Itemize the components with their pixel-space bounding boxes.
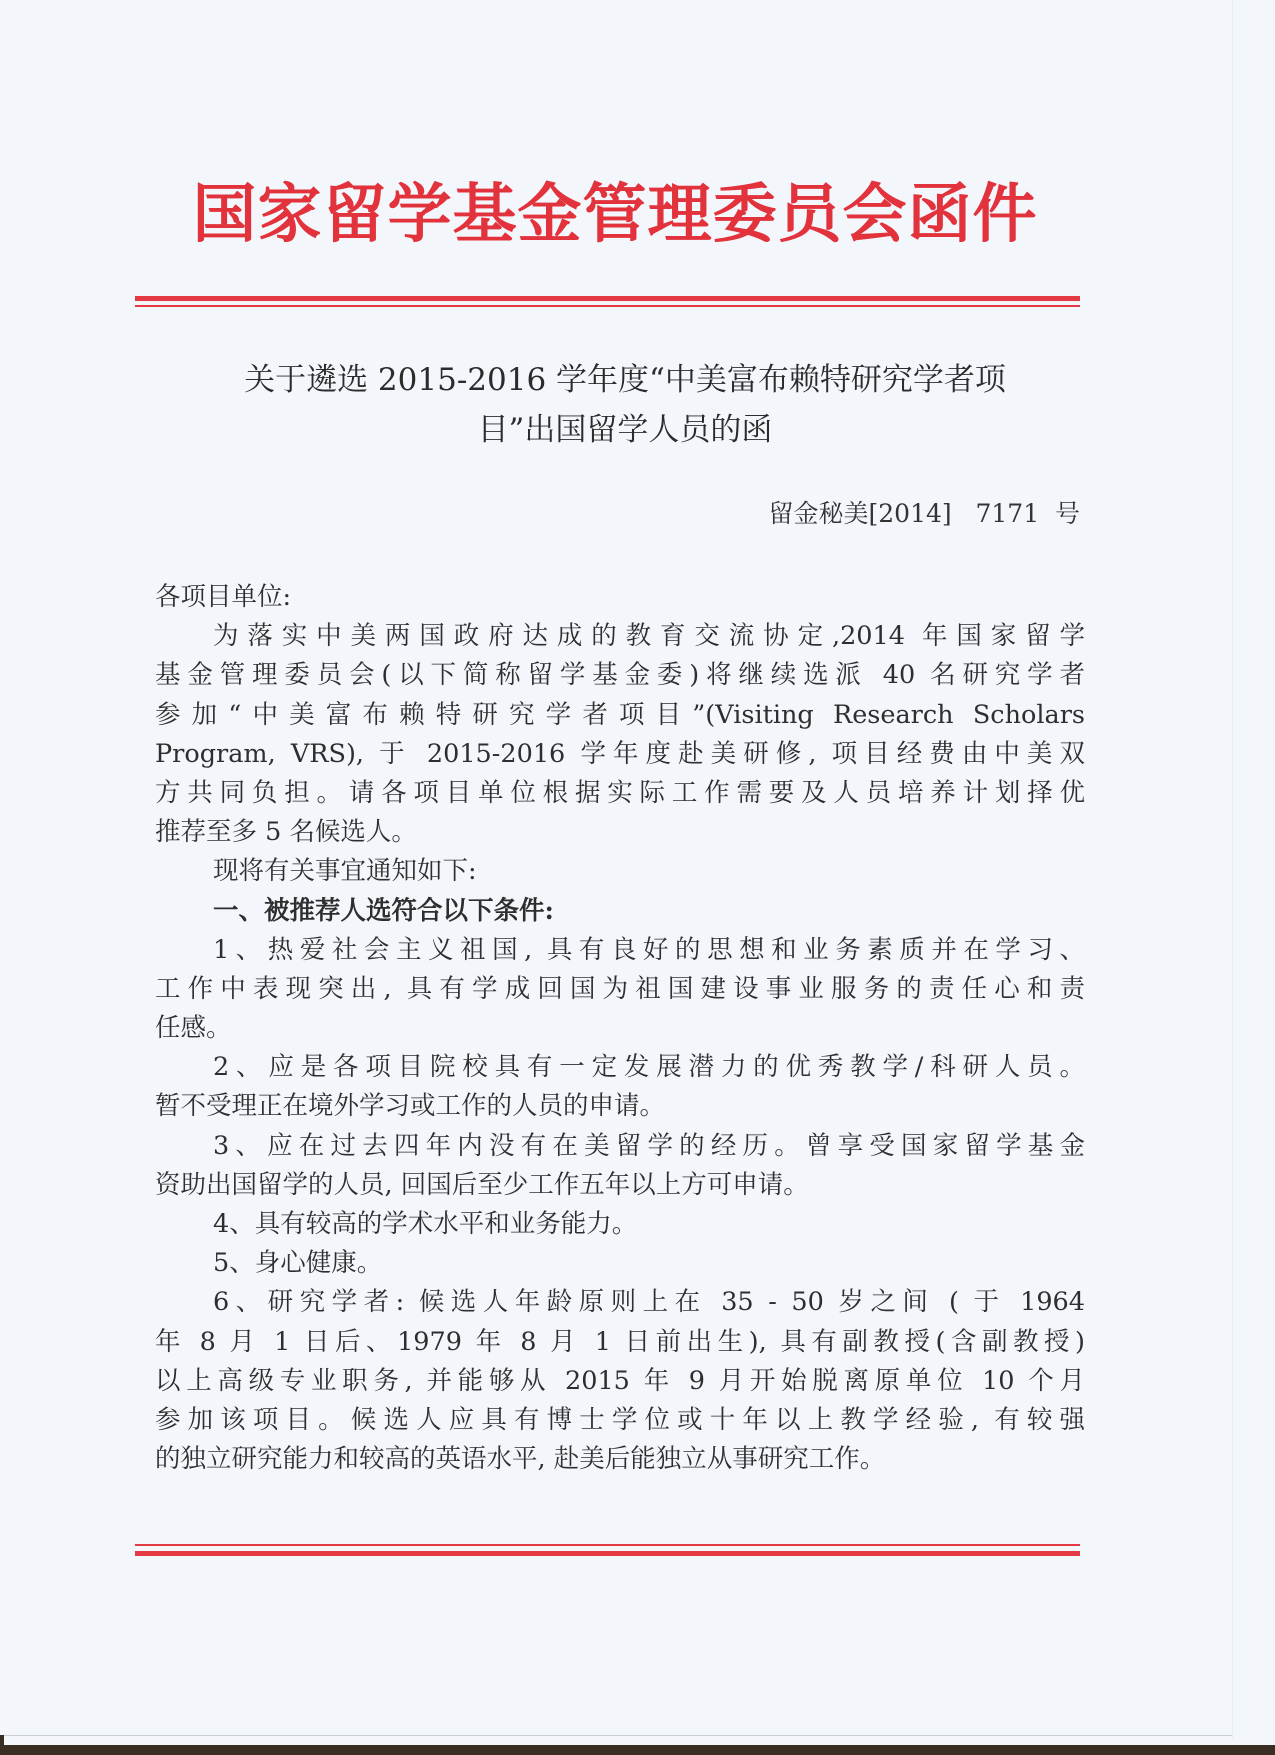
condition-item-2-cont: 暂不受理正在境外学习或工作的人员的申请。 bbox=[155, 1087, 1085, 1126]
footer-rule-thick bbox=[135, 1551, 1080, 1556]
condition-item-6-cont: 的独立研究能力和较高的英语水平, 赴美后能独立从事研究工作。 bbox=[155, 1440, 1085, 1479]
scan-edge-bottom bbox=[0, 1735, 1232, 1736]
condition-item-6-cont: 年 8 月 1 日后、1979 年 8 月 1 日前出生), 具有副教授(含副教… bbox=[155, 1323, 1085, 1362]
condition-item-3: 3、应在过去四年内没有在美留学的经历。曾享受国家留学基金 bbox=[155, 1127, 1085, 1166]
document-title-line-1: 关于遴选 2015-2016 学年度“中美富布赖特研究学者项 bbox=[150, 355, 1100, 405]
paragraph-line: 基金管理委员会(以下简称留学基金委)将继续选派 40 名研究学者 bbox=[155, 656, 1085, 695]
condition-item-6: 6、研究学者: 候选人年龄原则上在 35 - 50 岁之间 ( 于 1964 bbox=[155, 1283, 1085, 1322]
paragraph-line: 推荐至多 5 名候选人。 bbox=[155, 813, 1085, 852]
condition-item-1-cont: 工作中表现突出, 具有学成回国为祖国建设事业服务的责任心和责 bbox=[155, 970, 1085, 1009]
condition-item-1-cont: 任感。 bbox=[155, 1009, 1085, 1048]
section-heading: 一、被推荐人选符合以下条件: bbox=[155, 892, 1085, 931]
scan-edge-right bbox=[1232, 0, 1233, 1738]
paragraph-line: Program, VRS), 于 2015-2016 学年度赴美研修, 项目经费… bbox=[155, 735, 1085, 774]
document-body: 各项目单位: 为落实中美两国政府达成的教育交流协定,2014 年国家留学 基金管… bbox=[155, 578, 1085, 1479]
condition-item-1: 1、热爱社会主义祖国, 具有良好的思想和业务素质并在学习、 bbox=[155, 931, 1085, 970]
condition-item-2: 2、应是各项目院校具有一定发展潜力的优秀教学/科研人员。 bbox=[155, 1048, 1085, 1087]
document-title-line-2: 目”出国留学人员的函 bbox=[150, 405, 1100, 455]
salutation: 各项目单位: bbox=[155, 578, 1085, 617]
header-rule-thin bbox=[135, 305, 1080, 307]
condition-item-6-cont: 以上高级专业职务, 并能够从 2015 年 9 月开始脱离原单位 10 个月 bbox=[155, 1362, 1085, 1401]
condition-item-6-cont: 参加该项目。候选人应具有博士学位或十年以上教学经验, 有较强 bbox=[155, 1401, 1085, 1440]
scanner-bed-strip bbox=[0, 1745, 1275, 1755]
condition-item-4: 4、具有较高的学术水平和业务能力。 bbox=[155, 1205, 1085, 1244]
letterhead-title: 国家留学基金管理委员会函件 bbox=[140, 170, 1090, 260]
notice-intro: 现将有关事宜通知如下: bbox=[155, 852, 1085, 891]
document-number: 留金秘美[2014] 7171 号 bbox=[700, 496, 1080, 532]
footer-rule-thin bbox=[135, 1544, 1080, 1546]
scanned-page: 国家留学基金管理委员会函件 关于遴选 2015-2016 学年度“中美富布赖特研… bbox=[0, 0, 1275, 1745]
paragraph-line: 参加“中美富布赖特研究学者项目”(Visiting Research Schol… bbox=[155, 696, 1085, 735]
document-title: 关于遴选 2015-2016 学年度“中美富布赖特研究学者项 目”出国留学人员的… bbox=[150, 355, 1100, 455]
condition-item-5: 5、身心健康。 bbox=[155, 1244, 1085, 1283]
header-rule-thick bbox=[135, 296, 1080, 301]
paragraph-line: 方共同负担。请各项目单位根据实际工作需要及人员培养计划择优 bbox=[155, 774, 1085, 813]
scanner-bed-corner bbox=[0, 1735, 4, 1755]
condition-item-3-cont: 资助出国留学的人员, 回国后至少工作五年以上方可申请。 bbox=[155, 1166, 1085, 1205]
paragraph-line: 为落实中美两国政府达成的教育交流协定,2014 年国家留学 bbox=[155, 617, 1085, 656]
